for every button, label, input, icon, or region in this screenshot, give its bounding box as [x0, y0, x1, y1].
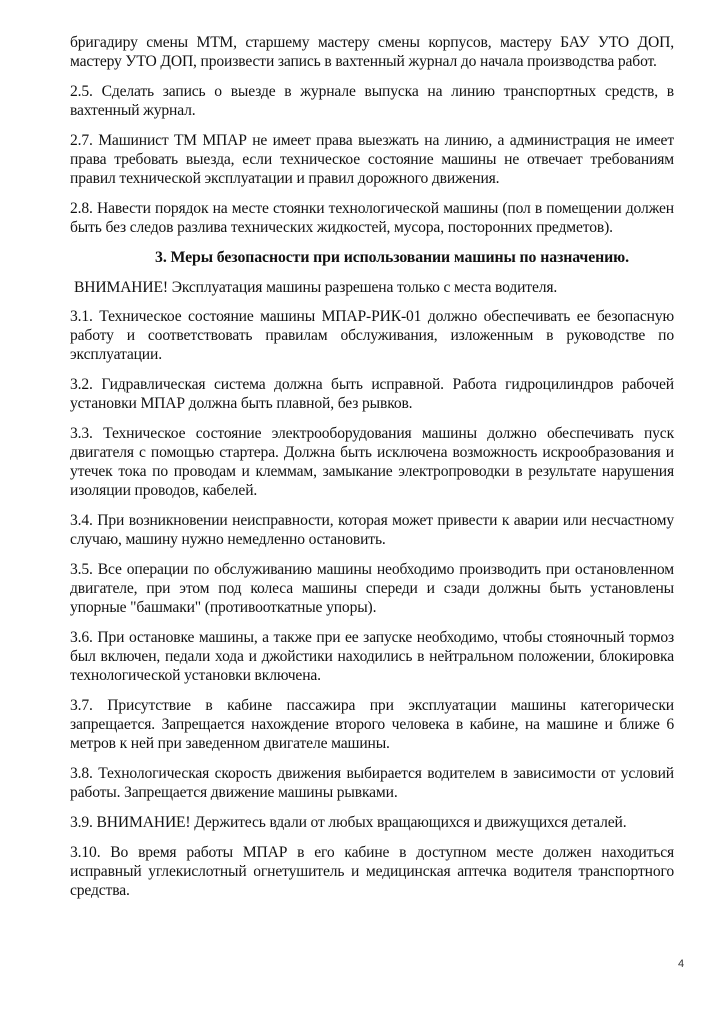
warning-notice: ВНИМАНИЕ! Эксплуатация машины разрешена …	[70, 278, 674, 297]
paragraph-3-5: 3.5. Все операции по обслуживанию машины…	[70, 560, 674, 617]
section-heading: 3. Меры безопасности при использовании м…	[70, 248, 674, 268]
paragraph-3-1: 3.1. Техническое состояние машины МПАР-Р…	[70, 307, 674, 364]
paragraph-3-4: 3.4. При возникновении неисправности, ко…	[70, 511, 674, 549]
paragraph-2-7: 2.7. Машинист ТМ МПАР не имеет права вые…	[70, 131, 674, 188]
paragraph-2-5: 2.5. Сделать запись о выезде в журнале в…	[70, 82, 674, 120]
paragraph-3-2: 3.2. Гидравлическая система должна быть …	[70, 375, 674, 413]
paragraph-3-3: 3.3. Техническое состояние электрооборуд…	[70, 424, 674, 500]
page-number: 4	[678, 958, 684, 970]
document-page: бригадиру смены МТМ, старшему мастеру см…	[70, 33, 674, 911]
paragraph-continuation: бригадиру смены МТМ, старшему мастеру см…	[70, 33, 674, 71]
paragraph-3-6: 3.6. При остановке машины, а также при е…	[70, 628, 674, 685]
paragraph-3-9: 3.9. ВНИМАНИЕ! Держитесь вдали от любых …	[70, 813, 674, 832]
paragraph-2-8: 2.8. Навести порядок на месте стоянки те…	[70, 199, 674, 237]
paragraph-3-8: 3.8. Технологическая скорость движения в…	[70, 764, 674, 802]
paragraph-3-10: 3.10. Во время работы МПАР в его кабине …	[70, 843, 674, 900]
paragraph-3-7: 3.7. Присутствие в кабине пассажира при …	[70, 696, 674, 753]
